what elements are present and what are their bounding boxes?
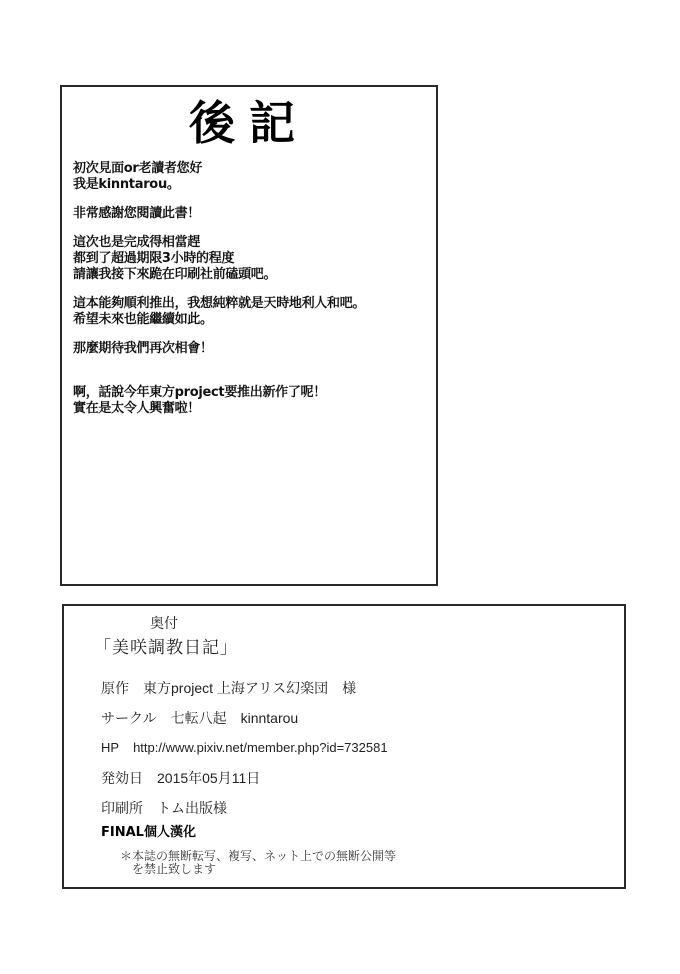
text-line: 都到了超過期限3小時的程度 [73,251,428,267]
notice-line-2: を禁止致します [120,863,396,876]
homepage-row: HPhttp://www.pixiv.net/member.php?id=732… [101,739,388,757]
printer-value: トム出版様 [157,800,227,816]
text-line: 請讓我接下來跪在印刷社前磕頭吧。 [73,267,428,283]
afterword-paragraph: 那麼期待我們再次相會！ [73,341,428,357]
text-line: 這本能夠順利推出，我想純粹就是天時地利人和吧。 [73,296,428,312]
issue-date-label: 発効日 [101,770,143,786]
afterword-paragraph: 這次也是完成得相當趕 都到了超過期限3小時的程度 請讓我接下來跪在印刷社前磕頭吧… [73,235,428,283]
circle-label: サークル [101,710,157,726]
afterword-paragraph: 初次見面or老讀者您好 我是kinntarou。 [73,161,428,193]
afterword-paragraph: 這本能夠順利推出，我想純粹就是天時地利人和吧。 希望未來也能繼續如此。 [73,296,428,328]
copyright-notice: ＊本誌の無断転写、複写、ネット上での無断公開等 を禁止致します [120,850,396,876]
circle-row: サークル七転八起 kinntarou [101,709,298,727]
homepage-label: HP [101,740,119,755]
text-line: 希望未來也能繼續如此。 [73,312,428,328]
original-work-row: 原作東方project 上海アリス幻楽団 様 [101,679,356,697]
issue-date-value: 2015年05月11日 [157,770,260,786]
afterword-paragraph: 非常感謝您閱讀此書！ [73,206,428,222]
afterword-box: 後記 初次見面or老讀者您好 我是kinntarou。 非常感謝您閱讀此書！ 這… [60,85,438,586]
text-line: 那麼期待我們再次相會！ [73,341,428,357]
text-line: 我是kinntarou。 [73,177,428,193]
issue-date-row: 発効日2015年05月11日 [101,769,260,787]
text-line: 啊，話說今年東方project要推出新作了呢！ [73,385,428,401]
afterword-title: 後記 [62,97,436,149]
original-work-value: 東方project 上海アリス幻楽団 様 [143,680,356,696]
circle-value: 七転八起 kinntarou [171,710,299,726]
text-line: 實在是太令人興奮啦！ [73,401,428,417]
text-line: 初次見面or老讀者您好 [73,161,428,177]
printer-row: 印刷所トム出版様 [101,799,227,817]
text-line: 非常感謝您閱讀此書！ [73,206,428,222]
original-work-label: 原作 [101,680,129,696]
afterword-paragraph: 啊，話說今年東方project要推出新作了呢！ 實在是太令人興奮啦！ [73,385,428,417]
printer-label: 印刷所 [101,800,143,816]
book-title: 「美咲調教日記」 [94,639,238,657]
colophon-heading: 奥付 [150,614,178,632]
translator-credit: FINAL個人漢化 [101,824,196,842]
homepage-url: http://www.pixiv.net/member.php?id=73258… [133,740,388,755]
text-line: 這次也是完成得相當趕 [73,235,428,251]
notice-line-1: ＊本誌の無断転写、複写、ネット上での無断公開等 [120,849,396,863]
colophon-box: 奥付 「美咲調教日記」 原作東方project 上海アリス幻楽団 様 サークル七… [62,604,626,889]
afterword-body: 初次見面or老讀者您好 我是kinntarou。 非常感謝您閱讀此書！ 這次也是… [73,161,428,430]
